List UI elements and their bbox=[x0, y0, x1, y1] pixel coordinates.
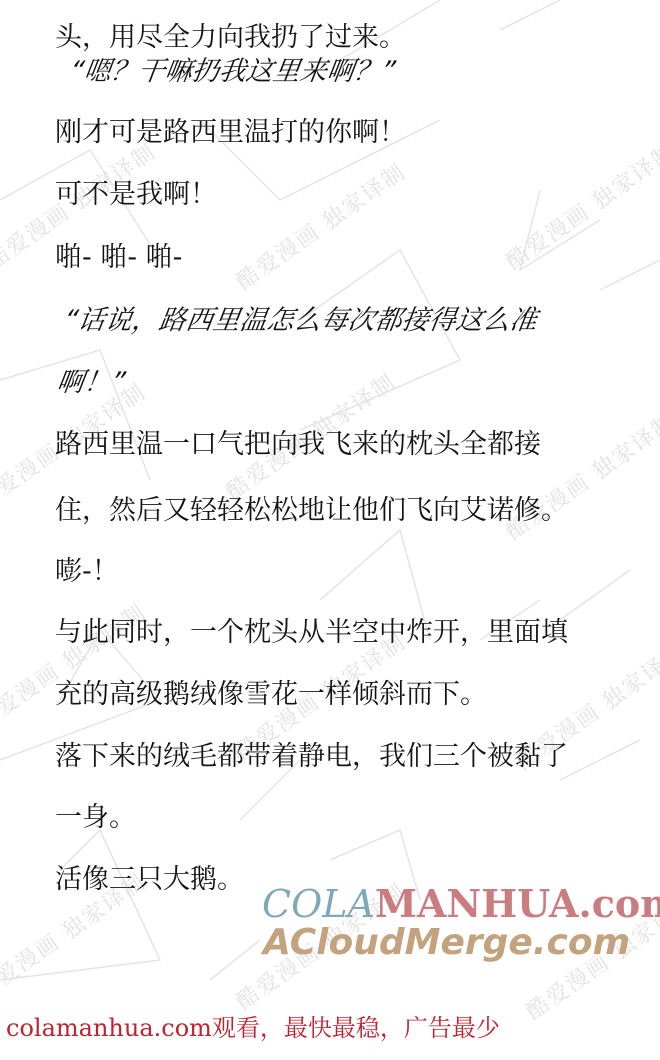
story-line: 落下来的绒毛都带着静电，我们三个被黏了 bbox=[55, 743, 568, 770]
story-line: 刚才可是路西里温打的你啊！ bbox=[55, 119, 406, 146]
story-line: 可不是我啊！ bbox=[55, 181, 217, 208]
story-line: 一身。 bbox=[55, 804, 136, 831]
story-line: 住，然后又轻轻松松地让他们飞向艾诺修。 bbox=[55, 497, 568, 524]
story-line: 与此同时，一个枕头从半空中炸开，里面填 bbox=[55, 619, 568, 646]
acloudmerge-logo: ACloudMerge.com bbox=[263, 925, 630, 961]
watermark-text: 酷爱漫画 独家译制 bbox=[499, 135, 660, 276]
footer-promo-link[interactable]: colamanhua.com观看，最快最稳，广告最少 bbox=[6, 1016, 500, 1040]
story-line-dialogue: “话说，路西里温怎么每次都接得这么准 bbox=[62, 307, 539, 334]
story-line-dialogue: 啊！” bbox=[55, 369, 127, 396]
story-line-sound-effect: 啪- 啪- 啪- bbox=[55, 244, 182, 271]
colamanhua-logo-part-a: COLA bbox=[262, 882, 375, 926]
colamanhua-logo: COLAMANHUA.com bbox=[262, 885, 660, 923]
story-line: 头，用尽全力向我扔了过来。 bbox=[55, 24, 406, 51]
watermark-text: 酷爱漫画 独家译制 bbox=[229, 155, 411, 296]
story-line: 充的高级鹅绒像雪花一样倾斜而下。 bbox=[55, 681, 487, 708]
story-line-sound-effect: 嘭-！ bbox=[55, 558, 119, 585]
story-line: 活像三只大鹅。 bbox=[55, 866, 244, 893]
story-line-dialogue: “嗯？干嘛扔我这里来啊？” bbox=[68, 58, 397, 85]
colamanhua-logo-part-b: MANHUA.com bbox=[375, 881, 660, 926]
story-line: 路西里温一口气把向我飞来的枕头全都接 bbox=[55, 431, 541, 458]
